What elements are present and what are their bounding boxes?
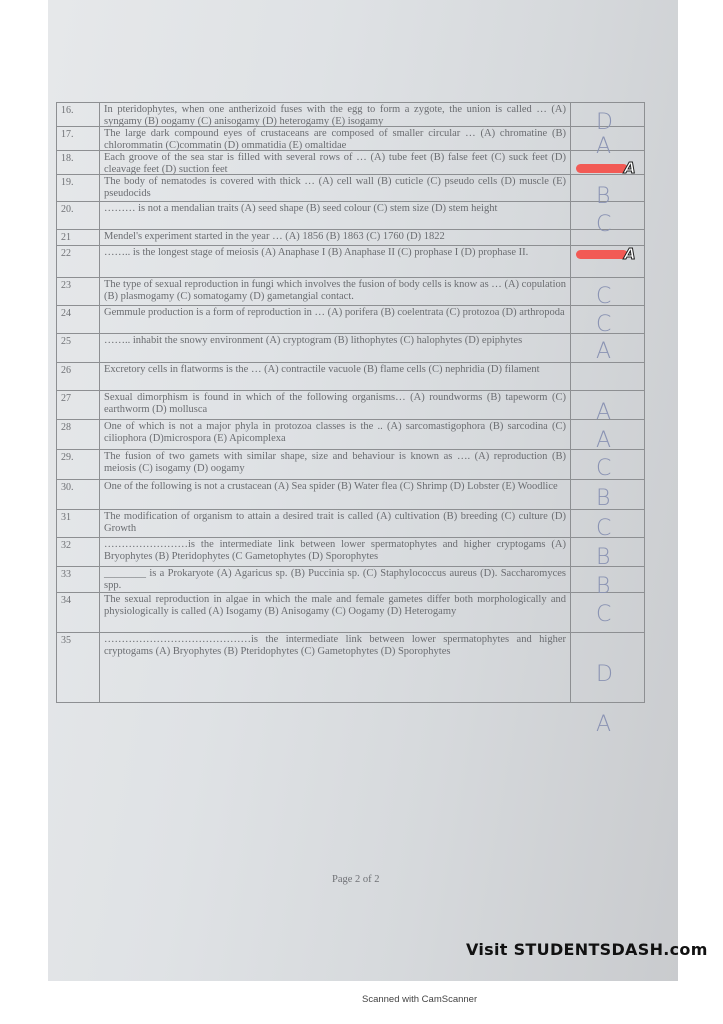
handwritten-answer: D (596, 662, 613, 687)
handwritten-answer: B (596, 545, 610, 570)
question-text: The type of sexual reproduction in fungi… (101, 278, 570, 306)
question-text: One of the following is not a crustacean… (101, 480, 570, 510)
question-number: 27 (56, 391, 100, 420)
handwritten-answer: B (596, 574, 610, 599)
question-number: 31 (56, 510, 100, 538)
question-text: Sexual dimorphism is found in which of t… (101, 391, 570, 420)
table-row: 20.……… is not a mendalian traits (A) see… (56, 201, 645, 230)
question-text: …….. is the longest stage of meiosis (A)… (101, 246, 570, 278)
table-row: 28One of which is not a major phyla in p… (56, 419, 645, 450)
handwritten-answer: B (596, 184, 610, 209)
watermark: Visit STUDENTSDASH.com (466, 940, 708, 959)
question-number: 26 (56, 363, 100, 391)
redaction-mark (576, 164, 628, 173)
question-text: The body of nematodes is covered with th… (101, 175, 570, 202)
table-row: 19.The body of nematodes is covered with… (56, 174, 645, 202)
question-number: 35 (56, 633, 100, 703)
question-number: 19. (56, 175, 100, 202)
question-number: 30. (56, 480, 100, 510)
table-row: 32……………………is the intermediate link betwe… (56, 537, 645, 567)
table-row: 17.The large dark compound eyes of crust… (56, 126, 645, 151)
question-number: 22 (56, 246, 100, 278)
question-number: 25 (56, 334, 100, 363)
question-number: 20. (56, 202, 100, 230)
question-number: 24 (56, 306, 100, 334)
table-row: 16.In pteridophytes, when one antherizoi… (56, 102, 645, 127)
question-number: 16. (56, 103, 100, 127)
handwritten-answer: C (596, 602, 611, 627)
table-row: 23The type of sexual reproduction in fun… (56, 277, 645, 306)
handwritten-answer: A (596, 428, 611, 453)
question-text: The large dark compound eyes of crustace… (101, 127, 570, 151)
table-row: 21Mendel's experiment started in the yea… (56, 229, 645, 246)
question-text: The sexual reproduction in algae in whic… (101, 593, 570, 633)
table-row: 18.Each groove of the sea star is filled… (56, 150, 645, 175)
question-number: 23 (56, 278, 100, 306)
question-text: ……………………is the intermediate link between… (101, 538, 570, 567)
table-row: 35……………………………………is the intermediate link… (56, 632, 645, 703)
handwritten-answer: C (596, 312, 611, 337)
question-text: The fusion of two gamets with similar sh… (101, 450, 570, 480)
question-text: …….. inhabit the snowy environment (A) c… (101, 334, 570, 363)
handwritten-answer: A (596, 400, 611, 425)
handwritten-answer: A (596, 712, 611, 737)
table-row: 30.One of the following is not a crustac… (56, 479, 645, 510)
page-number: Page 2 of 2 (332, 874, 380, 885)
table-row: 34The sexual reproduction in algae in wh… (56, 592, 645, 633)
question-number: 33 (56, 567, 100, 593)
question-number: 17. (56, 127, 100, 151)
table-row: 31The modification of organism to attain… (56, 509, 645, 538)
handwritten-answer: C (596, 212, 611, 237)
question-text: In pteridophytes, when one antherizoid f… (101, 103, 570, 127)
question-number: 18. (56, 151, 100, 175)
handwritten-answer: C (596, 516, 611, 541)
question-number: 21 (56, 230, 100, 246)
corrected-answer: A (624, 245, 636, 263)
table-row: 25…….. inhabit the snowy environment (A)… (56, 333, 645, 363)
question-text: Gemmule production is a form of reproduc… (101, 306, 570, 334)
question-text: Each groove of the sea star is filled wi… (101, 151, 570, 175)
scanned-page: 16.In pteridophytes, when one antherizoi… (48, 0, 678, 981)
question-number: 34 (56, 593, 100, 633)
handwritten-answer: B (596, 486, 610, 511)
question-text: The modification of organism to attain a… (101, 510, 570, 538)
handwritten-answer: D (596, 110, 613, 135)
table-row: 27Sexual dimorphism is found in which of… (56, 390, 645, 420)
corrected-answer: A (624, 159, 636, 177)
table-bottom-border (56, 702, 645, 703)
handwritten-answer: C (596, 456, 611, 481)
table-row: 24Gemmule production is a form of reprod… (56, 305, 645, 334)
question-text: One of which is not a major phyla in pro… (101, 420, 570, 450)
handwritten-answer: C (596, 284, 611, 309)
redaction-mark (576, 250, 628, 259)
table-row: 26Excretory cells in flatworms is the … … (56, 362, 645, 391)
question-text: Excretory cells in flatworms is the … (A… (101, 363, 570, 391)
question-text: Mendel's experiment started in the year … (101, 230, 570, 246)
table-row: 33________ is a Prokaryote (A) Agaricus … (56, 566, 645, 593)
question-number: 28 (56, 420, 100, 450)
handwritten-answer: A (596, 134, 611, 159)
question-number: 29. (56, 450, 100, 480)
question-number: 32 (56, 538, 100, 567)
answer-cell (570, 363, 645, 391)
question-text: ________ is a Prokaryote (A) Agaricus sp… (101, 567, 570, 593)
handwritten-answer: A (596, 339, 611, 364)
table-row: 22…….. is the longest stage of meiosis (… (56, 245, 645, 278)
question-text: ……… is not a mendalian traits (A) seed s… (101, 202, 570, 230)
table-row: 29.The fusion of two gamets with similar… (56, 449, 645, 480)
scanner-credit: Scanned with CamScanner (362, 994, 477, 1005)
question-text: ……………………………………is the intermediate link b… (101, 633, 570, 703)
